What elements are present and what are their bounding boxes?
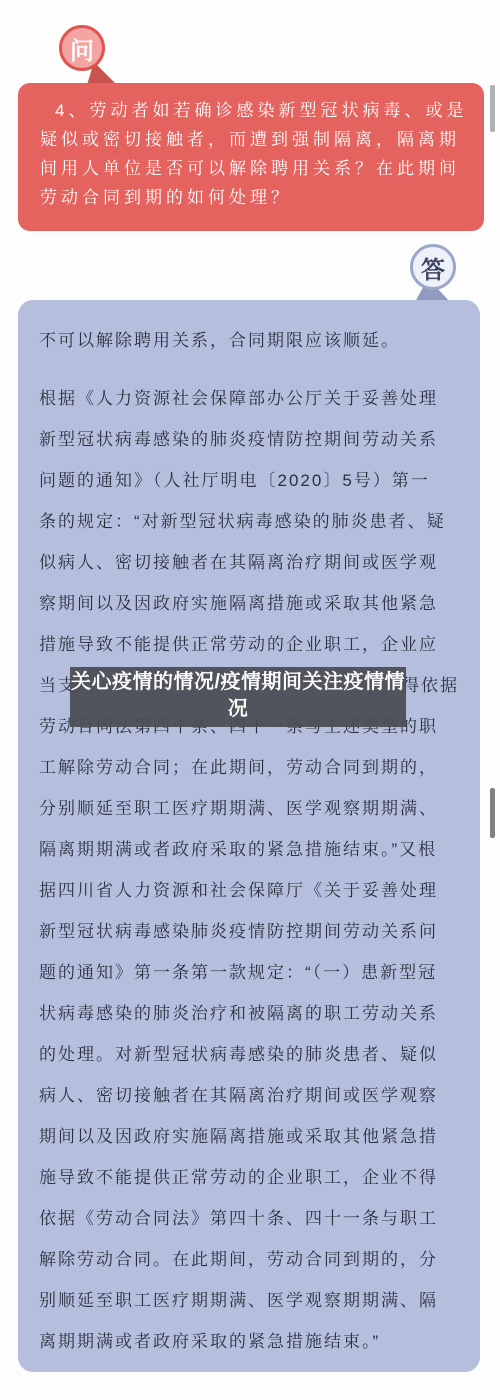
answer-opening-line: 不可以解除聘用关系，合同期限应该顺延。 <box>39 320 459 361</box>
question-badge: 问 <box>59 25 105 71</box>
answer-text-line: 新型冠状病毒感染的肺炎疫情防控期间劳动关系 <box>39 419 459 460</box>
answer-body-paragraph: 根据《人力资源社会保障部办公厅关于妥善处理新型冠状病毒感染的肺炎疫情防控期间劳动… <box>39 378 459 1362</box>
answer-bubble: 不可以解除聘用关系，合同期限应该顺延。 根据《人力资源社会保障部办公厅关于妥善处… <box>18 300 480 1372</box>
qa-card-page: 问 4、劳动者如若确诊感染新型冠状病毒、或是疑似或密切接触者，而遭到强制隔离，隔… <box>0 0 500 1400</box>
question-text-line: 4、劳动者如若确诊感染新型冠状病毒、或是 <box>40 96 462 125</box>
answer-text-line: 似病人、密切接触者在其隔离治疗期间或医学观 <box>39 542 459 583</box>
question-text-line: 劳动合同到期的如何处理？ <box>40 183 462 212</box>
answer-text-line: 病人、密切接触者在其隔离治疗期间或医学观察 <box>39 1075 459 1116</box>
answer-text-line: 察期间以及因政府实施隔离措施或采取其他紧急 <box>39 583 459 624</box>
scrollbar-thumb-middle[interactable] <box>490 788 495 838</box>
question-bubble: 4、劳动者如若确诊感染新型冠状病毒、或是疑似或密切接触者，而遭到强制隔离，隔离期… <box>18 83 484 231</box>
answer-body-lines-after: 劳动合同法第四十条、四十一条与上述类型的职工解除劳动合同；在此期间，劳动合同到期… <box>39 706 459 1362</box>
answer-text-line: 措施导致不能提供正常劳动的企业职工，企业应 <box>39 624 459 665</box>
answer-text-line: 别顺延至职工医疗期期满、医学观察期期满、隔 <box>39 1280 459 1321</box>
answer-text-line: 的处理。对新型冠状病毒感染的肺炎患者、疑似 <box>39 1034 459 1075</box>
question-text-line: 间用人单位是否可以解除聘用关系？在此期间 <box>40 154 462 183</box>
answer-text-line: 离期期满或者政府采取的紧急措施结束。” <box>39 1321 459 1362</box>
question-text-lines: 4、劳动者如若确诊感染新型冠状病毒、或是疑似或密切接触者，而遭到强制隔离，隔离期… <box>40 96 462 212</box>
answer-text-line: 根据《人力资源社会保障部办公厅关于妥善处理 <box>39 378 459 419</box>
watermark-overlay: 关心疫情的情况/疫情期间关注疫情情况 <box>70 667 406 727</box>
answer-text-line: 工解除劳动合同；在此期间，劳动合同到期的， <box>39 747 459 788</box>
watermark-text: 关心疫情的情况/疫情期间关注疫情情况 <box>71 671 405 720</box>
answer-badge: 答 <box>410 244 456 290</box>
covered-line-right-fragment: 得依据 <box>402 665 459 706</box>
answer-text-line: 据四川省人力资源和社会保障厅《关于妥善处理 <box>39 870 459 911</box>
answer-text-line: 依据《劳动合同法》第四十条、四十一条与职工 <box>39 1198 459 1239</box>
scrollbar-thumb-top[interactable] <box>490 85 495 132</box>
answer-text-line: 条的规定：“对新型冠状病毒感染的肺炎患者、疑 <box>39 501 459 542</box>
question-text-line: 疑似或密切接触者，而遭到强制隔离，隔离期 <box>40 125 462 154</box>
answer-text-line: 期间以及因政府实施隔离措施或采取其他紧急措 <box>39 1116 459 1157</box>
answer-text-line: 隔离期期满或者政府采取的紧急措施结束。”又根 <box>39 829 459 870</box>
answer-text-line: 题的通知》第一条第一款规定：“（一）患新型冠 <box>39 952 459 993</box>
answer-text-line: 施导致不能提供正常劳动的企业职工，企业不得 <box>39 1157 459 1198</box>
answer-text-line: 新型冠状病毒感染肺炎疫情防控期间劳动关系问 <box>39 911 459 952</box>
answer-text-line: 解除劳动合同。在此期间，劳动合同到期的，分 <box>39 1239 459 1280</box>
answer-body-lines-before: 根据《人力资源社会保障部办公厅关于妥善处理新型冠状病毒感染的肺炎疫情防控期间劳动… <box>39 378 459 665</box>
answer-text-line: 分别顺延至职工医疗期期满、医学观察期期满、 <box>39 788 459 829</box>
question-badge-glyph: 问 <box>70 31 94 66</box>
answer-text-line: 问题的通知》（人社厅明电〔2020〕5号）第一 <box>39 460 459 501</box>
answer-text-line: 状病毒感染的肺炎治疗和被隔离的职工劳动关系 <box>39 993 459 1034</box>
answer-badge-glyph: 答 <box>421 250 445 285</box>
